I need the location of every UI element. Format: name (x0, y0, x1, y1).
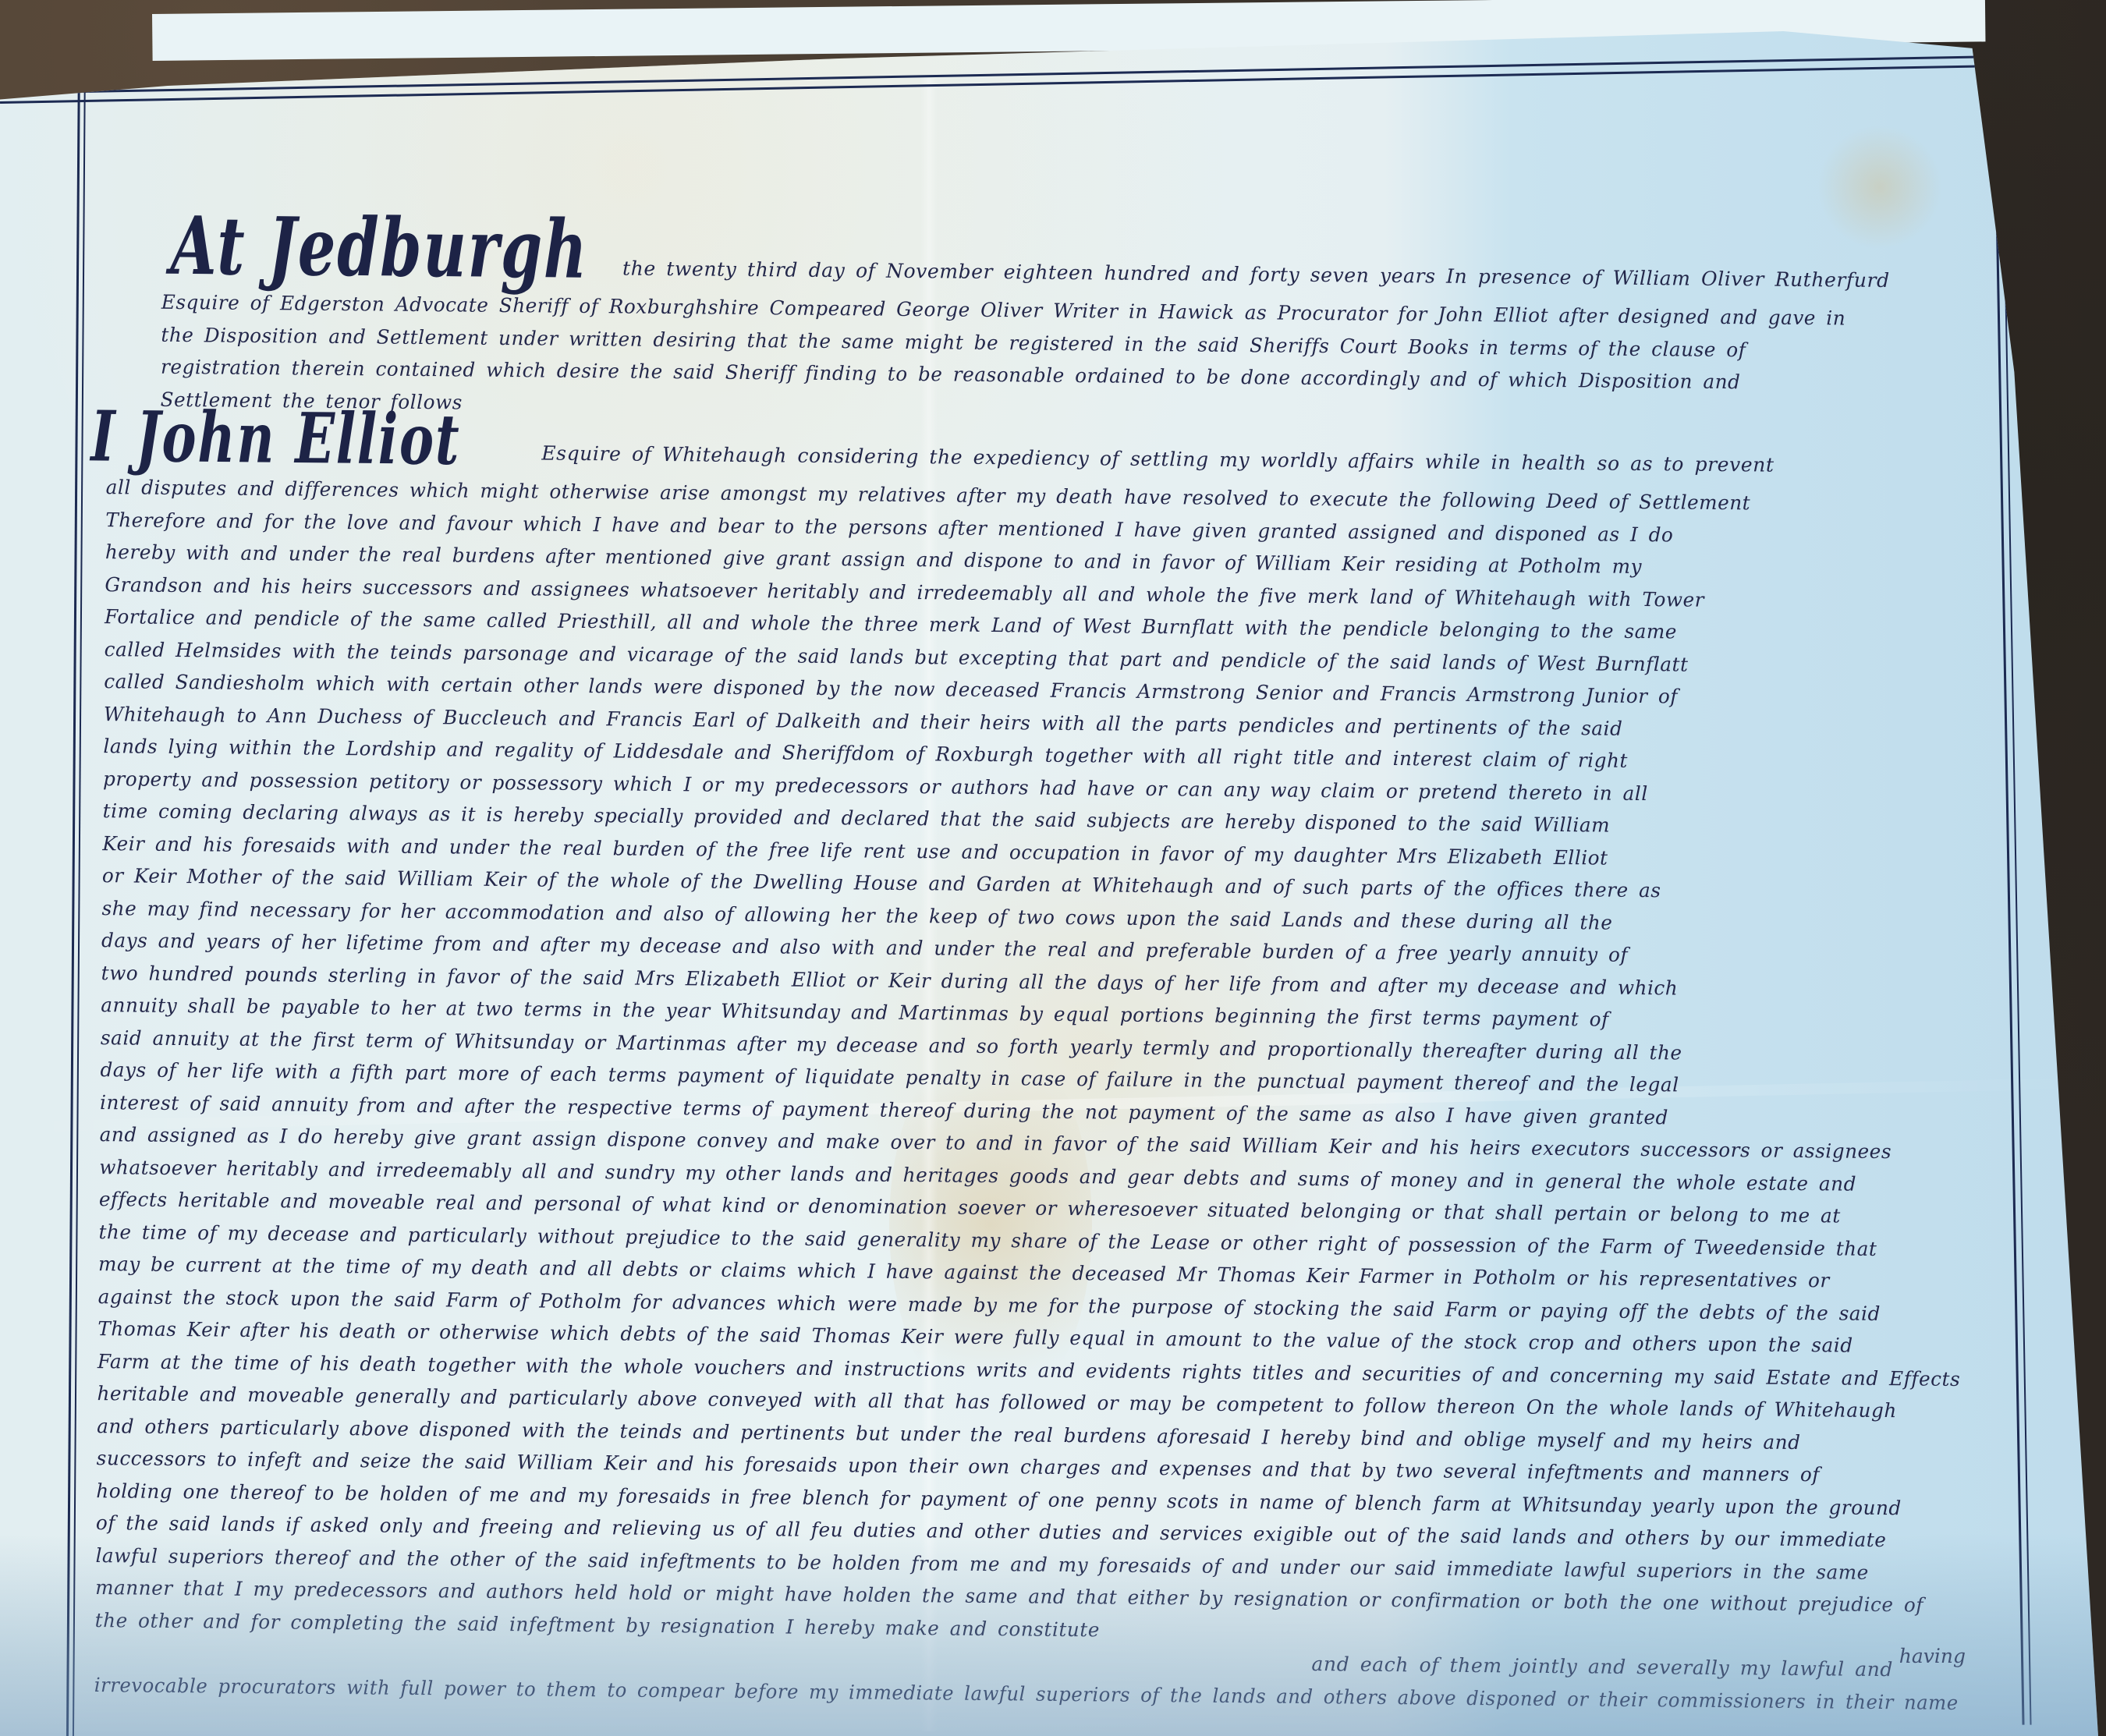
deed-sheet: At Jedburgh the twenty third day of Nove… (0, 31, 2098, 1736)
text-line: lawful superiors thereof and the other o… (88, 1539, 1961, 1589)
text-line: and each of them jointly and severally m… (87, 1636, 1990, 1687)
settlement-body: I John Elliot Esquire of Whitehaugh cons… (87, 420, 2002, 1719)
split-line-gap-text: and each of them jointly and severally m… (1311, 1648, 1893, 1686)
text-line: the other and for completing the said in… (87, 1603, 1960, 1654)
text-line: irrevocable procurators with full power … (87, 1668, 1931, 1718)
grantor-heading: I John Elliot (90, 402, 461, 475)
place-heading: At Jedburgh (170, 206, 588, 290)
text-line: manner that I my predecessors and author… (87, 1571, 1960, 1622)
catchword: having (1899, 1645, 1966, 1667)
deed-text: At Jedburgh the twenty third day of Nove… (94, 226, 1997, 1701)
settlement-lines: all disputes and differences which might… (87, 471, 2001, 1654)
